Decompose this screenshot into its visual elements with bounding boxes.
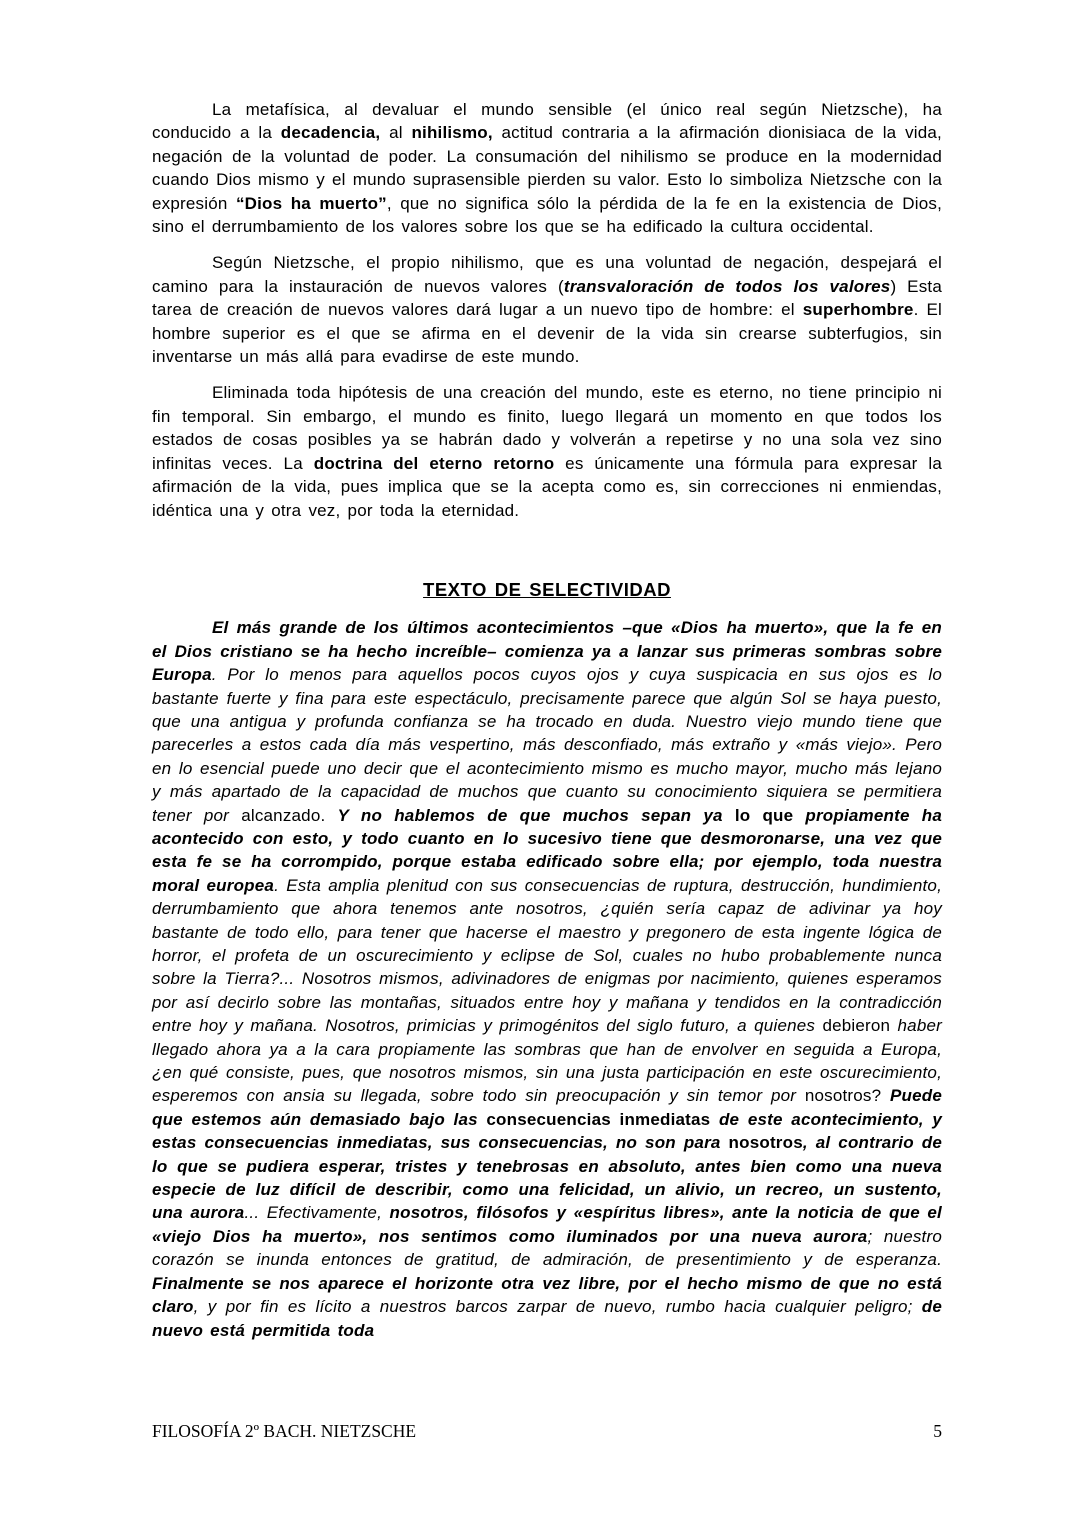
text-run: , y por fin es lícito a nuestros barcos … [194,1297,922,1316]
text-run: . Por lo menos para aquellos pocos cuyos… [152,665,942,824]
paragraph-transvaloracion-superhombre: Según Nietzsche, el propio nihilismo, qu… [152,251,942,368]
document-page: La metafísica, al devaluar el mundo sens… [0,0,1080,1527]
text-run: doctrina del eterno retorno [314,454,555,473]
text-run: lo que [735,806,806,825]
document-content: La metafísica, al devaluar el mundo sens… [152,98,942,1342]
selectividad-heading: TEXTO DE SELECTIVIDAD [152,578,942,601]
text-run: nosotros? [805,1086,890,1105]
text-run: debieron [822,1016,897,1035]
selectividad-quote-paragraph: El más grande de los últimos acontecimie… [152,616,942,1342]
text-run: al [380,123,411,142]
text-run: decadencia, [281,123,381,142]
text-run: . Esta amplia plenitud con sus consecuen… [152,876,942,1035]
footer-page-number: 5 [933,1421,942,1442]
text-run: superhombre [803,300,914,319]
paragraph-metafisica-nihilismo: La metafísica, al devaluar el mundo sens… [152,98,942,238]
text-run: Y no hablemos de que muchos sepan ya [338,806,735,825]
text-run: “Dios ha muerto” [236,194,387,213]
text-run: nosotros [729,1133,803,1152]
text-run: transvaloración de todos los valores [564,277,891,296]
text-run: nihilismo, [411,123,492,142]
page-footer: FILOSOFÍA 2º BACH. NIETZSCHE 5 [152,1421,942,1442]
paragraph-eterno-retorno: Eliminada toda hipótesis de una creación… [152,381,942,521]
text-run: alcanzado. [241,806,337,825]
text-run: ... Efectivamente, [244,1203,389,1222]
footer-course-label: FILOSOFÍA 2º BACH. NIETZSCHE [152,1421,416,1442]
text-run: consecuencias inmediatas [486,1110,719,1129]
